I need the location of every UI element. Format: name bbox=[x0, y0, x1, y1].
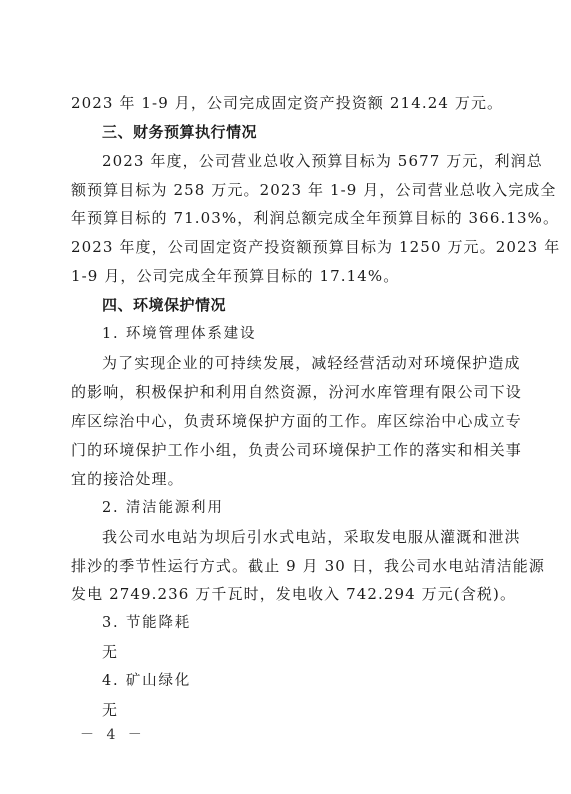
paragraph-line: 我公司水电站为坝后引水式电站，采取发电服从灌溉和泄洪 bbox=[102, 527, 547, 547]
subheading-clean-energy: 2. 清洁能源利用 bbox=[102, 498, 547, 518]
paragraph-line: 1-9 月，公司完成全年预算目标的 17.14%。 bbox=[71, 266, 516, 286]
paragraph-line: 2023 年 1-9 月，公司完成固定资产投资额 214.24 万元。 bbox=[71, 93, 516, 113]
paragraph-line: 为了实现企业的可持续发展，减轻经营活动对环境保护造成 bbox=[102, 353, 547, 373]
page-number: － 4 － bbox=[80, 724, 146, 744]
paragraph-line: 年预算目标的 71.03%，利润总额完成全年预算目标的 366.13%。 bbox=[71, 208, 516, 228]
subheading-energy-saving: 3. 节能降耗 bbox=[102, 613, 547, 633]
paragraph-line: 库区综治中心，负责环境保护方面的工作。库区综治中心成立专 bbox=[71, 411, 516, 431]
paragraph-line: 2023 年度，公司营业总收入预算目标为 5677 万元，利润总 bbox=[102, 151, 547, 171]
subheading-management-system: 1. 环境管理体系建设 bbox=[102, 324, 547, 344]
paragraph-line: 无 bbox=[102, 700, 547, 720]
paragraph-line: 2023 年度，公司固定资产投资额预算目标为 1250 万元。2023 年 bbox=[71, 237, 516, 257]
paragraph-line: 排沙的季节性运行方式。截止 9 月 30 日，我公司水电站清洁能源 bbox=[71, 556, 516, 576]
paragraph-line: 宜的接洽处理。 bbox=[71, 469, 516, 489]
document-page: 2023 年 1-9 月，公司完成固定资产投资额 214.24 万元。 三、财务… bbox=[0, 0, 571, 794]
paragraph-line: 无 bbox=[102, 642, 547, 662]
paragraph-line: 额预算目标为 258 万元。2023 年 1-9 月，公司营业总收入完成全 bbox=[71, 180, 516, 200]
paragraph-line: 的影响，积极保护和利用自然资源，汾河水库管理有限公司下设 bbox=[71, 382, 516, 402]
section-heading-finance: 三、财务预算执行情况 bbox=[102, 122, 547, 142]
paragraph-line: 门的环境保护工作小组，负责公司环境保护工作的落实和相关事 bbox=[71, 440, 516, 460]
section-heading-environment: 四、环境保护情况 bbox=[102, 295, 547, 315]
subheading-mine-greening: 4. 矿山绿化 bbox=[102, 671, 547, 691]
paragraph-line: 发电 2749.236 万千瓦时，发电收入 742.294 万元(含税)。 bbox=[71, 584, 516, 604]
